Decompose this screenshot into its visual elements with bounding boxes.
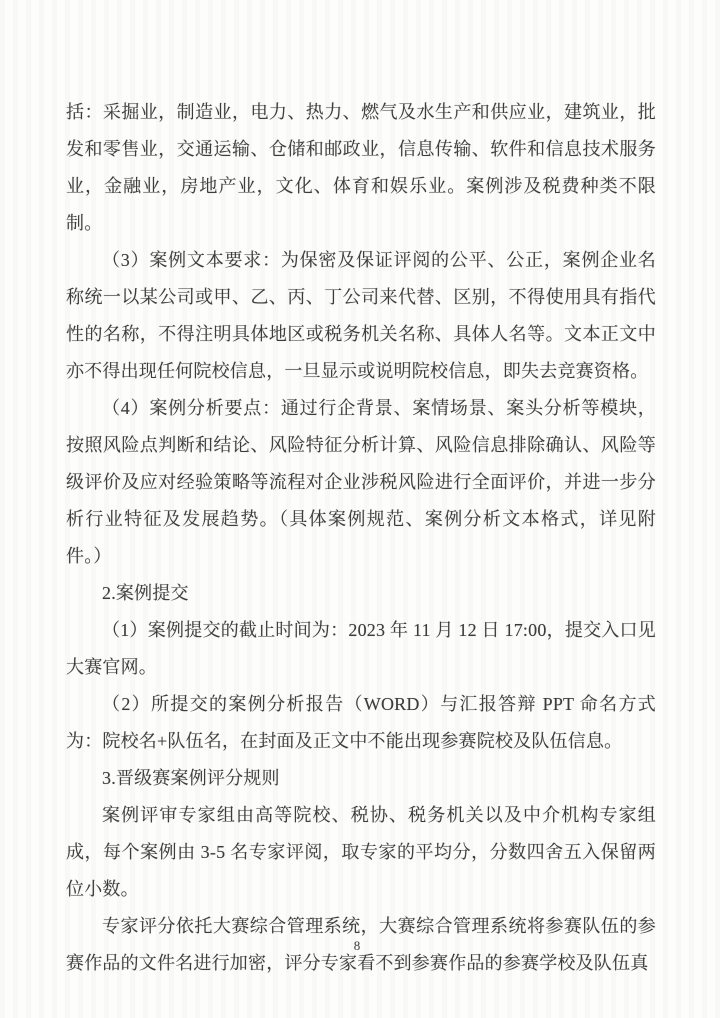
heading-case-submission: 2.案例提交	[66, 575, 656, 612]
paragraph-file-naming: （2）所提交的案例分析报告（WORD）与汇报答辩 PPT 命名方式为：院校名+队…	[66, 686, 656, 760]
paragraph-item-3-text-requirements: （3）案例文本要求：为保密及保证评阅的公平、公正，案例企业名称统一以某公司或甲、…	[66, 242, 656, 390]
paragraph-submission-deadline: （1）案例提交的截止时间为：2023 年 11 月 12 日 17:00，提交入…	[66, 612, 656, 686]
paragraph-industries-continuation: 括：采掘业，制造业，电力、热力、燃气及水生产和供应业，建筑业，批发和零售业，交通…	[66, 94, 656, 242]
heading-scoring-rules: 3.晋级赛案例评分规则	[66, 760, 656, 797]
document-page: 括：采掘业，制造业，电力、热力、燃气及水生产和供应业，建筑业，批发和零售业，交通…	[0, 0, 720, 1018]
paragraph-expert-panel: 案例评审专家组由高等院校、税协、税务机关以及中介机构专家组成，每个案例由 3-5…	[66, 797, 656, 908]
paragraph-item-4-analysis-points: （4）案例分析要点：通过行企背景、案情场景、案头分析等模块，按照风险点判断和结论…	[66, 390, 656, 575]
document-body-text: 括：采掘业，制造业，电力、热力、燃气及水生产和供应业，建筑业，批发和零售业，交通…	[66, 94, 656, 982]
page-number: 8	[0, 937, 714, 955]
